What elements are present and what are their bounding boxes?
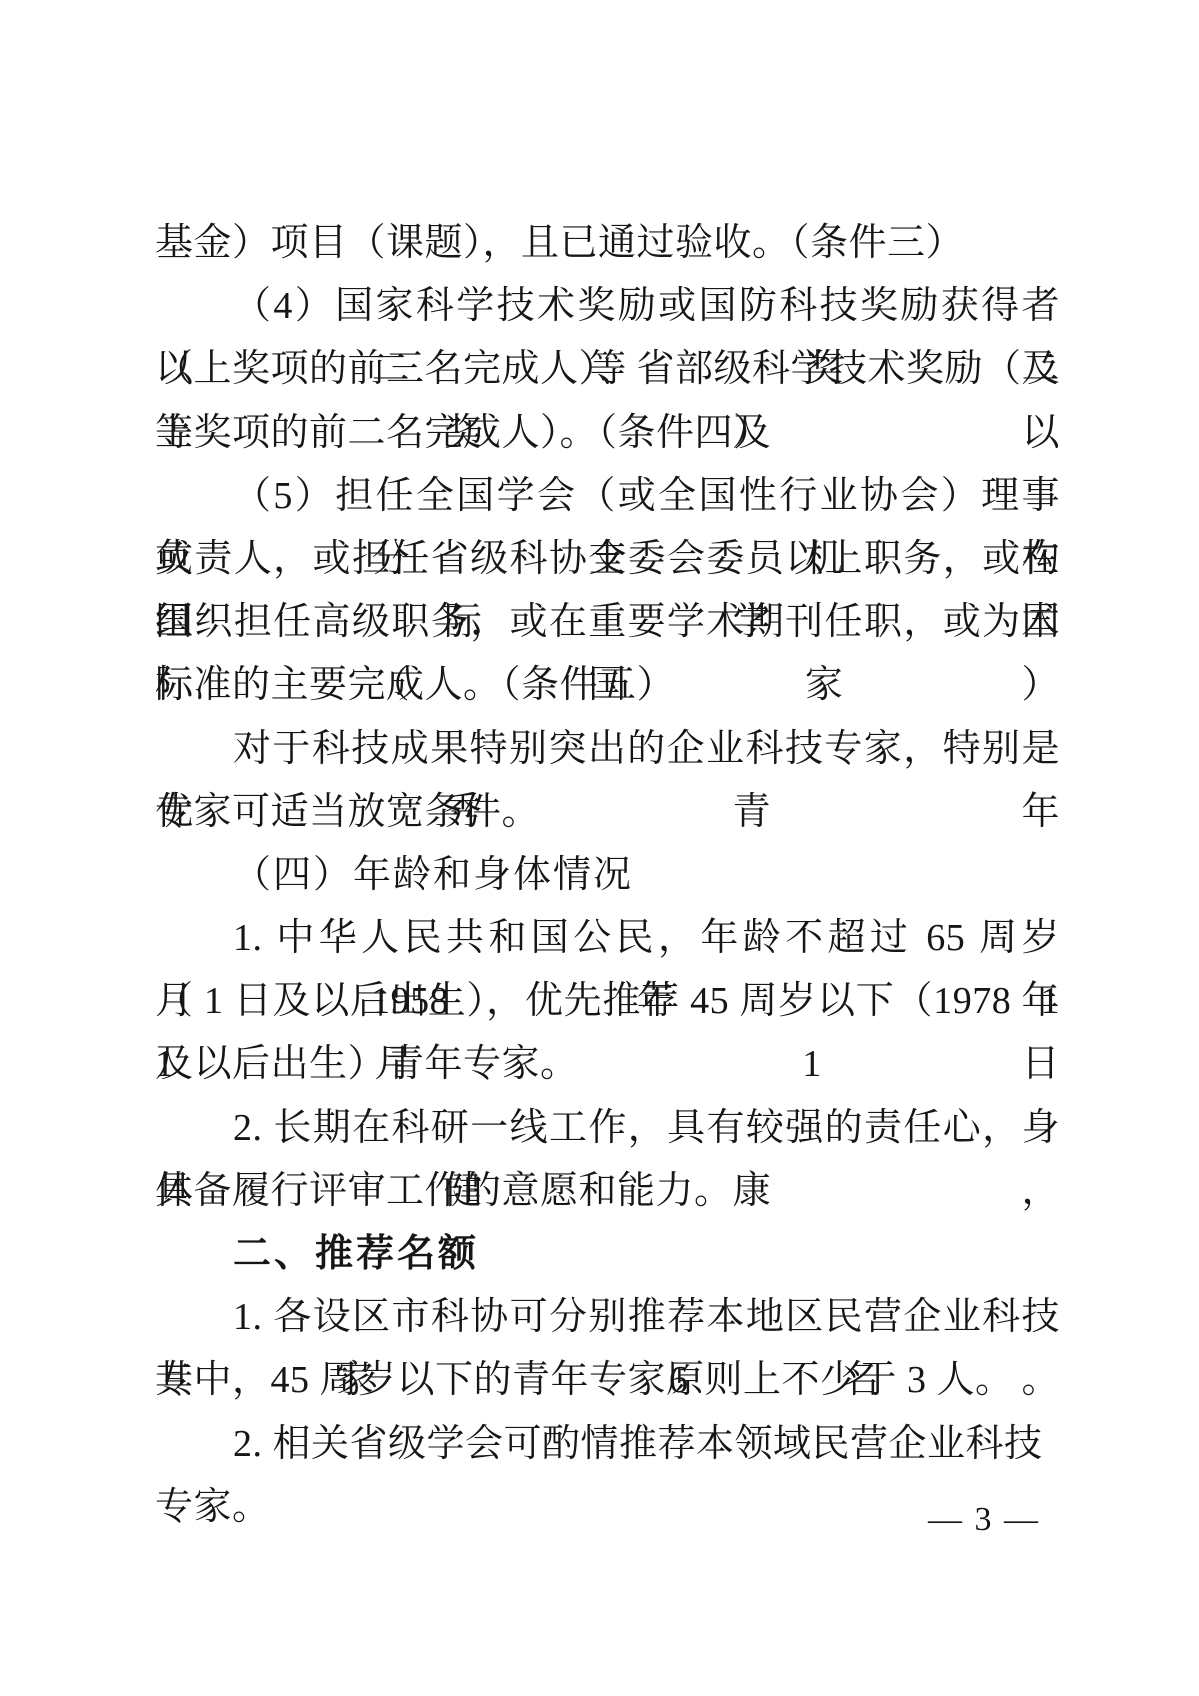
text-line: 1. 各设区市科协可分别推荐本地区民营企业科技专家 6 名。 <box>155 1286 1060 1349</box>
text-line: 1. 中华人民共和国公民，年龄不超过 65 周岁（1958 年 1 <box>155 907 1060 970</box>
text-line: 基金）项目（课题），且已通过验收。（条件三） <box>155 212 1060 275</box>
text-line: 2. 长期在科研一线工作，具有较强的责任心，身体健康， <box>155 1097 1060 1160</box>
text-line: 组织担任高级职务，或在重要学术期刊任职，或为国际（国家） <box>155 591 1060 654</box>
text-line: 对于科技成果特别突出的企业科技专家，特别是优秀青年 <box>155 718 1060 781</box>
text-line: （4）国家科学技术奖励或国防科技奖励获得者（二等奖及 <box>155 275 1060 338</box>
document-page: 基金）项目（课题），且已通过验收。（条件三） （4）国家科学技术奖励或国防科技奖… <box>0 0 1199 1696</box>
text-line: 月 1 日及以后出生），优先推荐 45 周岁以下（1978 年 1 月 1 日 <box>155 970 1060 1033</box>
text-line: 2. 相关省级学会可酌情推荐本领域民营企业科技专家。 <box>155 1413 1060 1476</box>
text-line: （5）担任全国学会（或全国性行业协会）理事或分支机构 <box>155 465 1060 528</box>
section-heading: 二、推荐名额 <box>155 1223 1060 1286</box>
document-body: 基金）项目（课题），且已通过验收。（条件三） （4）国家科学技术奖励或国防科技奖… <box>155 212 1060 1476</box>
text-line: 其中，45 周岁以下的青年专家原则上不少于 3 人。 <box>155 1349 1060 1412</box>
text-line: 负责人，或担任省级科协全委会委员以上职务，或在国际学术 <box>155 528 1060 591</box>
text-line: 以上奖项的前三名完成人）、省部级科学技术奖励（二等奖及以 <box>155 338 1060 401</box>
page-number: — 3 — <box>928 1500 1040 1540</box>
section-subheading: （四）年龄和身体情况 <box>155 844 1060 907</box>
